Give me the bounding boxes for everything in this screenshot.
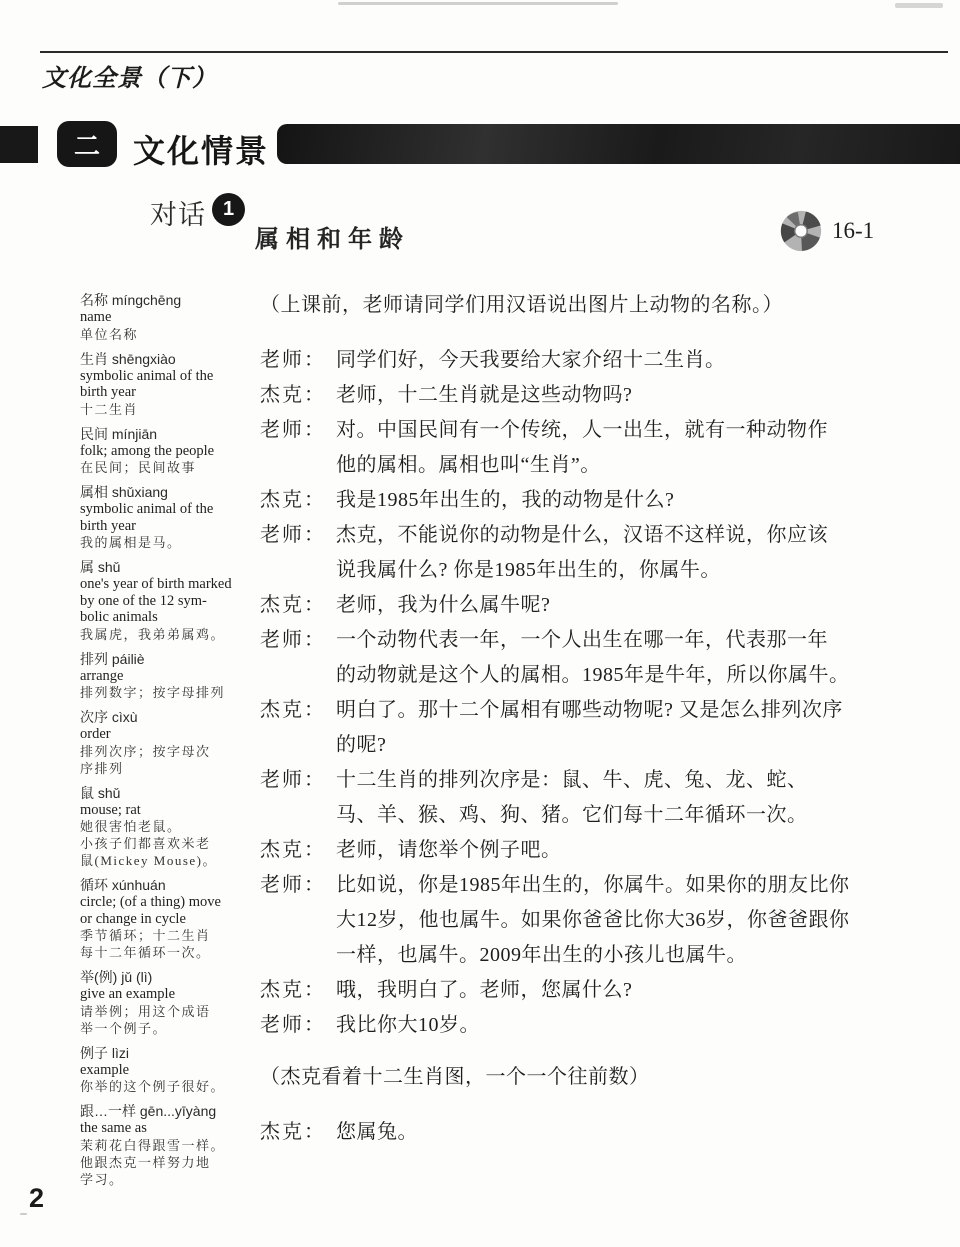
- vocab-example: 她很害怕老鼠。 小孩子们都喜欢米老 鼠(Mickey Mouse)。: [80, 818, 260, 869]
- vocab-definition: name: [80, 309, 260, 326]
- stage-direction: （上课前，老师请同学们用汉语说出图片上动物的名称。）: [260, 288, 952, 323]
- vocab-item: 鼠 shǔ mouse; rat 她很害怕老鼠。 小孩子们都喜欢米老 鼠(Mic…: [80, 785, 260, 870]
- speaker-label: 杰克：: [260, 378, 336, 413]
- vocab-headword: 鼠 shǔ: [80, 785, 260, 802]
- vocab-headword: 排列 páiliè: [80, 651, 260, 668]
- dialogue-line: 杰克： 老师，请您举个例子吧。: [260, 833, 952, 868]
- vocab-definition: example: [80, 1062, 260, 1079]
- dialogue-text: 老师，请您举个例子吧。: [336, 833, 952, 868]
- vocab-definition: mouse; rat: [80, 802, 260, 819]
- vocab-item: 次序 cìxù order 排列次序；按字母次 序排列: [80, 709, 260, 777]
- dialogue-number: 1: [223, 198, 234, 221]
- stage-direction: （杰克看着十二生肖图，一个一个往前数）: [260, 1060, 952, 1095]
- dialogue-text: 我是1985年出生的，我的动物是什么?: [336, 483, 952, 518]
- vocab-headword: 生肖 shēngxiào: [80, 351, 260, 368]
- dialogue-text: 比如说，你是1985年出生的，你属牛。如果你的朋友比你 大12岁，他也属牛。如果…: [336, 868, 952, 973]
- vocab-definition: one's year of birth marked by one of the…: [80, 576, 260, 626]
- dialogue-text: 您属兔。: [336, 1115, 952, 1150]
- speaker-label: 杰克：: [260, 833, 336, 868]
- audio-marker: 16-1: [778, 208, 874, 254]
- speaker-label: 杰克：: [260, 483, 336, 518]
- dialogue-text: 对。中国民间有一个传统，人一出生，就有一种动物作 他的属相。属相也叫“生肖”。: [336, 413, 952, 483]
- audio-track-label: 16-1: [832, 218, 874, 244]
- vocab-item: 跟…一样 gēn...yīyàng the same as 茉莉花白得跟雪一样。…: [80, 1103, 260, 1188]
- dialogue-text: 十二生肖的排列次序是：鼠、牛、虎、兔、龙、蛇、 马、羊、猴、鸡、狗、猪。它们每十…: [336, 763, 952, 833]
- speaker-label: 杰克：: [260, 973, 336, 1008]
- scan-artifact: [20, 1213, 27, 1215]
- vocab-item: 例子 lìzi example 你举的这个例子很好。: [80, 1045, 260, 1096]
- vocab-headword: 例子 lìzi: [80, 1045, 260, 1062]
- dialogue-text: 一个动物代表一年，一个人出生在哪一年，代表那一年 的动物就是这个人的属相。198…: [336, 623, 952, 693]
- scan-artifact: [895, 3, 943, 8]
- section-number-box: 二: [57, 121, 117, 167]
- speaker-label: 老师：: [260, 763, 336, 833]
- dialogue-line: 老师： 对。中国民间有一个传统，人一出生，就有一种动物作 他的属相。属相也叫“生…: [260, 413, 952, 483]
- vocab-headword: 属相 shǔxiang: [80, 484, 260, 501]
- dialogue-line: 杰克： 我是1985年出生的，我的动物是什么?: [260, 483, 952, 518]
- dialogue-text: 哦，我明白了。老师，您属什么?: [336, 973, 952, 1008]
- dialogue-line: 老师： 我比你大10岁。: [260, 1008, 952, 1043]
- speaker-label: 老师：: [260, 623, 336, 693]
- speaker-label: 杰克：: [260, 588, 336, 623]
- vocab-example: 我的属相是马。: [80, 534, 260, 551]
- vocab-example: 请举例；用这个成语 举一个例子。: [80, 1003, 260, 1037]
- dialogue-line: 杰克： 老师，我为什么属牛呢?: [260, 588, 952, 623]
- speaker-label: 老师：: [260, 518, 336, 588]
- textbook-page: 文化全景（下） 二 文化情景 对话 1 属相和年龄 16-1 名称 míngch…: [0, 0, 960, 1247]
- speaker-label: 老师：: [260, 868, 336, 973]
- vocab-item: 循环 xúnhuán circle; (of a thing) move or …: [80, 877, 260, 961]
- vocab-definition: arrange: [80, 668, 260, 685]
- dialogue-text: 同学们好，今天我要给大家介绍十二生肖。: [336, 343, 952, 378]
- speaker-label: 老师：: [260, 343, 336, 378]
- cd-audio-icon: [773, 203, 829, 259]
- dialogue-line: 老师： 十二生肖的排列次序是：鼠、牛、虎、兔、龙、蛇、 马、羊、猴、鸡、狗、猪。…: [260, 763, 952, 833]
- vocab-headword: 循环 xúnhuán: [80, 877, 260, 894]
- vocab-definition: the same as: [80, 1120, 260, 1137]
- vocab-headword: 民间 mínjiān: [80, 426, 260, 443]
- vocab-headword: 次序 cìxù: [80, 709, 260, 726]
- speaker-label: 老师：: [260, 413, 336, 483]
- vocab-item: 生肖 shēngxiào symbolic animal of the birt…: [80, 351, 260, 418]
- banner-left-strip: [0, 126, 38, 163]
- vocab-item: 举(例) jǔ (lì) give an example 请举例；用这个成语 举…: [80, 969, 260, 1037]
- vocab-example: 季节循环；十二生肖 每十二年循环一次。: [80, 927, 260, 961]
- dialogue-line: 杰克： 明白了。那十二个属相有哪些动物呢? 又是怎么排列次序 的呢?: [260, 693, 952, 763]
- book-title: 文化全景（下）: [42, 58, 217, 93]
- dialogue-text: 明白了。那十二个属相有哪些动物呢? 又是怎么排列次序 的呢?: [336, 693, 952, 763]
- speaker-label: 杰克：: [260, 1115, 336, 1150]
- header-rule: [40, 51, 948, 53]
- page-number: 2: [29, 1183, 44, 1214]
- vocab-example: 排列数字；按字母排列: [80, 684, 260, 701]
- dialogue-line: 杰克： 您属兔。: [260, 1115, 952, 1150]
- dialogue-title: 属相和年龄: [255, 219, 410, 254]
- vocab-example: 茉莉花白得跟雪一样。 他跟杰克一样努力地 学习。: [80, 1137, 260, 1188]
- vocab-example: 十二生肖: [80, 401, 260, 418]
- vocab-example: 在民间；民间故事: [80, 459, 260, 476]
- dialogue-text: 我比你大10岁。: [336, 1008, 952, 1043]
- speaker-label: 杰克：: [260, 693, 336, 763]
- vocab-example: 你举的这个例子很好。: [80, 1078, 260, 1095]
- vocab-headword: 举(例) jǔ (lì): [80, 969, 260, 986]
- vocab-item: 民间 mínjiān folk; among the people 在民间；民间…: [80, 426, 260, 477]
- dialogue-line: 杰克： 哦，我明白了。老师，您属什么?: [260, 973, 952, 1008]
- dialogue-number-badge: 1: [212, 193, 245, 226]
- vocab-item: 名称 míngchēng name 单位名称: [80, 292, 260, 343]
- vocab-item: 属相 shǔxiang symbolic animal of the birth…: [80, 484, 260, 551]
- vocab-headword: 名称 míngchēng: [80, 292, 260, 309]
- vocab-definition: symbolic animal of the birth year: [80, 368, 260, 401]
- vocab-definition: folk; among the people: [80, 443, 260, 460]
- vocab-item: 排列 páiliè arrange 排列数字；按字母排列: [80, 651, 260, 702]
- vocab-headword: 跟…一样 gēn...yīyàng: [80, 1103, 260, 1120]
- vocab-item: 属 shǔ one's year of birth marked by one …: [80, 559, 260, 643]
- dialogue-line: 老师： 杰克，不能说你的动物是什么，汉语不这样说，你应该 说我属什么? 你是19…: [260, 518, 952, 588]
- dialogue-line: 老师： 一个动物代表一年，一个人出生在哪一年，代表那一年 的动物就是这个人的属相…: [260, 623, 952, 693]
- vocab-list: 名称 míngchēng name 单位名称 生肖 shēngxiào symb…: [80, 292, 260, 1196]
- vocab-definition: give an example: [80, 986, 260, 1003]
- dialogue-text: 老师，我为什么属牛呢?: [336, 588, 952, 623]
- scan-artifact: [338, 2, 618, 5]
- vocab-headword: 属 shǔ: [80, 559, 260, 576]
- speaker-label: 老师：: [260, 1008, 336, 1043]
- dialogue-line: 老师： 同学们好，今天我要给大家介绍十二生肖。: [260, 343, 952, 378]
- dialogue: （上课前，老师请同学们用汉语说出图片上动物的名称。） 老师： 同学们好，今天我要…: [260, 288, 952, 1150]
- vocab-definition: order: [80, 726, 260, 743]
- vocab-example: 单位名称: [80, 326, 260, 343]
- banner-bar: [277, 124, 960, 164]
- dialogue-label: 对话: [150, 193, 206, 232]
- dialogue-line: 杰克： 老师，十二生肖就是这些动物吗?: [260, 378, 952, 413]
- section-title: 文化情景: [133, 126, 269, 172]
- dialogue-text: 老师，十二生肖就是这些动物吗?: [336, 378, 952, 413]
- dialogue-text: 杰克，不能说你的动物是什么，汉语不这样说，你应该 说我属什么? 你是1985年出…: [336, 518, 952, 588]
- dialogue-line: 老师： 比如说，你是1985年出生的，你属牛。如果你的朋友比你 大12岁，他也属…: [260, 868, 952, 973]
- vocab-definition: circle; (of a thing) move or change in c…: [80, 894, 260, 927]
- vocab-example: 我属虎，我弟弟属鸡。: [80, 626, 260, 643]
- vocab-definition: symbolic animal of the birth year: [80, 501, 260, 534]
- vocab-example: 排列次序；按字母次 序排列: [80, 743, 260, 777]
- section-number: 二: [74, 126, 100, 163]
